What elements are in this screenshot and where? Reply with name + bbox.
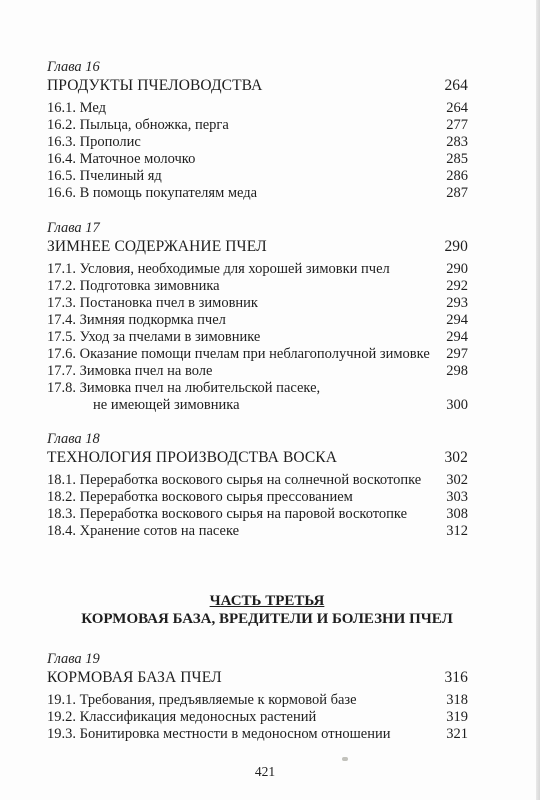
page-number: 290 (438, 237, 468, 257)
page-number: 308 (438, 506, 468, 523)
part-title: КОРМОВАЯ БАЗА, ВРЕДИТЕЛИ И БОЛЕЗНИ ПЧЕЛ (47, 610, 487, 628)
chapter-label: Глава 18 (47, 430, 468, 448)
page-number: 297 (438, 346, 468, 363)
book-page: Глава 16 ПРОДУКТЫ ПЧЕЛОВОДСТВА 264 16.1.… (0, 0, 540, 800)
page-number: 318 (438, 692, 468, 709)
page-number: 286 (438, 168, 468, 185)
toc-entry[interactable]: 17.7. Зимовка пчел на воле298 (47, 363, 468, 380)
page-number: 300 (438, 397, 468, 414)
page-number: 321 (438, 726, 468, 743)
chapter-heading[interactable]: КОРМОВАЯ БАЗА ПЧЕЛ 316 (47, 668, 468, 688)
toc-entry[interactable]: 18.4. Хранение сотов на пасеке312 (47, 523, 468, 540)
chapter-16: Глава 16 ПРОДУКТЫ ПЧЕЛОВОДСТВА 264 16.1.… (47, 58, 468, 202)
entry-title: 18.4. Хранение сотов на пасеке (47, 523, 438, 540)
toc-entry[interactable]: 17.4. Зимняя подкормка пчел294 (47, 312, 468, 329)
toc-entry[interactable]: 16.3. Прополис283 (47, 134, 468, 151)
page-number: 302 (438, 448, 468, 468)
entry-title: 17.2. Подготовка зимовника (47, 278, 438, 295)
page-number: 283 (438, 134, 468, 151)
page-number: 294 (438, 312, 468, 329)
entry-title: 19.3. Бонитировка местности в медоносном… (47, 726, 438, 743)
entry-title: 17.4. Зимняя подкормка пчел (47, 312, 438, 329)
entry-title: 16.1. Мед (47, 100, 438, 117)
chapter-heading[interactable]: ТЕХНОЛОГИЯ ПРОИЗВОДСТВА ВОСКА 302 (47, 448, 468, 468)
chapter-heading[interactable]: ЗИМНЕЕ СОДЕРЖАНИЕ ПЧЕЛ 290 (47, 237, 468, 257)
page-number: 316 (438, 668, 468, 688)
chapter-title: ТЕХНОЛОГИЯ ПРОИЗВОДСТВА ВОСКА (47, 448, 438, 468)
toc-entry[interactable]: 18.2. Переработка воскового сырья прессо… (47, 489, 468, 506)
entry-title: 19.2. Классификация медоносных растений (47, 709, 438, 726)
toc-entry[interactable]: 19.2. Классификация медоносных растений3… (47, 709, 468, 726)
toc-entry[interactable]: 17.5. Уход за пчелами в зимовнике294 (47, 329, 468, 346)
entry-title: 17.5. Уход за пчелами в зимовнике (47, 329, 438, 346)
page-number: 303 (438, 489, 468, 506)
entry-title: 17.6. Оказание помощи пчелам при неблаго… (47, 346, 438, 363)
toc-entry[interactable]: 19.3. Бонитировка местности в медоносном… (47, 726, 468, 743)
page-number: 264 (438, 76, 468, 96)
toc-entry[interactable]: 17.1. Условия, необходимые для хорошей з… (47, 261, 468, 278)
entry-title: 17.1. Условия, необходимые для хорошей з… (47, 261, 438, 278)
toc-entry[interactable]: 19.1. Требования, предъявляемые к кормов… (47, 692, 468, 709)
page-number: 302 (438, 472, 468, 489)
part-header: ЧАСТЬ ТРЕТЬЯ КОРМОВАЯ БАЗА, ВРЕДИТЕЛИ И … (47, 592, 487, 628)
entry-title: 16.5. Пчелиный яд (47, 168, 438, 185)
entry-title: 17.3. Постановка пчел в зимовник (47, 295, 438, 312)
toc-entry[interactable]: 18.1. Переработка воскового сырья на сол… (47, 472, 468, 489)
page-number: 287 (438, 185, 468, 202)
entry-title: 18.2. Переработка воскового сырья прессо… (47, 489, 438, 506)
part-label: ЧАСТЬ ТРЕТЬЯ (47, 592, 487, 610)
page-number: 285 (438, 151, 468, 168)
table-of-contents: Глава 16 ПРОДУКТЫ ПЧЕЛОВОДСТВА 264 16.1.… (47, 58, 468, 759)
entry-title: 19.1. Требования, предъявляемые к кормов… (47, 692, 438, 709)
page-edge (536, 0, 540, 800)
toc-entry-continuation[interactable]: не имеющей зимовника300 (47, 397, 468, 414)
chapter-label: Глава 17 (47, 219, 468, 237)
entry-title: 16.4. Маточное молочко (47, 151, 438, 168)
page-number: 294 (438, 329, 468, 346)
toc-entry[interactable]: 18.3. Переработка воскового сырья на пар… (47, 506, 468, 523)
toc-entry[interactable]: 17.3. Постановка пчел в зимовник293 (47, 295, 468, 312)
toc-entry[interactable]: 16.6. В помощь покупателям меда287 (47, 185, 468, 202)
chapter-heading[interactable]: ПРОДУКТЫ ПЧЕЛОВОДСТВА 264 (47, 76, 468, 96)
toc-entry[interactable]: 17.8. Зимовка пчел на любительской пасек… (47, 380, 468, 397)
entry-title: 16.3. Прополис (47, 134, 438, 151)
chapter-title: КОРМОВАЯ БАЗА ПЧЕЛ (47, 668, 438, 688)
page-number: 293 (438, 295, 468, 312)
toc-entry[interactable]: 16.2. Пыльца, обножка, перга277 (47, 117, 468, 134)
page-number: 312 (438, 523, 468, 540)
chapter-label: Глава 16 (47, 58, 468, 76)
entry-title: 18.1. Переработка воскового сырья на сол… (47, 472, 438, 489)
entry-title: 17.7. Зимовка пчел на воле (47, 363, 438, 380)
toc-entry[interactable]: 17.2. Подготовка зимовника292 (47, 278, 468, 295)
chapter-title: ПРОДУКТЫ ПЧЕЛОВОДСТВА (47, 76, 438, 96)
chapter-label: Глава 19 (47, 650, 468, 668)
toc-entry[interactable]: 16.5. Пчелиный яд286 (47, 168, 468, 185)
page-number: 292 (438, 278, 468, 295)
chapter-title: ЗИМНЕЕ СОДЕРЖАНИЕ ПЧЕЛ (47, 237, 438, 257)
toc-entry[interactable]: 16.1. Мед264 (47, 100, 468, 117)
entry-title: 16.2. Пыльца, обножка, перга (47, 117, 438, 134)
page-number: 298 (438, 363, 468, 380)
entry-title: 17.8. Зимовка пчел на любительской пасек… (47, 380, 438, 397)
chapter-18: Глава 18 ТЕХНОЛОГИЯ ПРОИЗВОДСТВА ВОСКА 3… (47, 430, 468, 540)
chapter-17: Глава 17 ЗИМНЕЕ СОДЕРЖАНИЕ ПЧЕЛ 290 17.1… (47, 219, 468, 414)
page-folio-number: 421 (0, 764, 530, 780)
toc-entry[interactable]: 16.4. Маточное молочко285 (47, 151, 468, 168)
entry-title: 18.3. Переработка воскового сырья на пар… (47, 506, 438, 523)
page-number: 264 (438, 100, 468, 117)
paper-speck (342, 757, 348, 761)
page-number: 319 (438, 709, 468, 726)
page-number: 290 (438, 261, 468, 278)
entry-title: 16.6. В помощь покупателям меда (47, 185, 438, 202)
entry-title-continuation: не имеющей зимовника (47, 397, 438, 414)
chapter-19: Глава 19 КОРМОВАЯ БАЗА ПЧЕЛ 316 19.1. Тр… (47, 650, 468, 743)
toc-entry[interactable]: 17.6. Оказание помощи пчелам при неблаго… (47, 346, 468, 363)
page-number: 277 (438, 117, 468, 134)
